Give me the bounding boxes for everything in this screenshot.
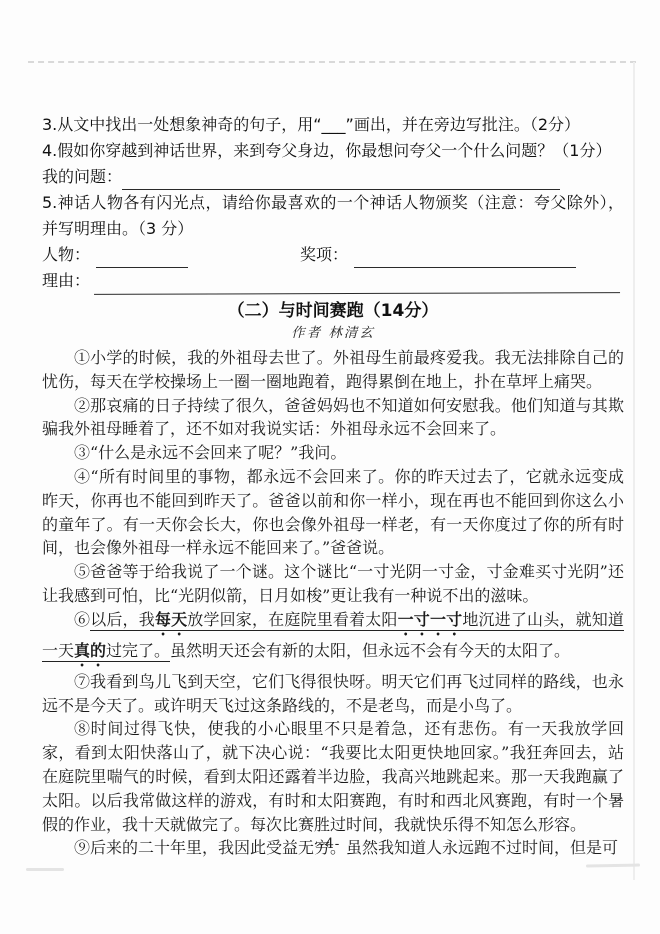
question-3: 3.从文中找出一处想象神奇的句子，用“___”画出，并在旁边写批注。（2分） [42,112,624,138]
paragraph-6: ⑥以后，我每天放学回家，在庭院里看着太阳一寸一寸地沉进了山头，就知道一天真的过完… [42,608,624,670]
question-5: 5.神话人物各有闪光点，请给你最喜欢的一个神话人物颁奖（注意：夸父除外），并写明… [42,190,624,242]
underlined-text: 放学回家，在庭院里看着太阳 [187,610,397,631]
question-5-reason-row: 理由： [42,268,624,294]
paragraph-2: ②那哀痛的日子持续了很久，爸爸妈妈也不知道如何安慰我。他们知道与其欺骗我外祖母睡… [42,394,624,442]
paragraph-6-marker: ⑥ [74,610,90,629]
scan-edge-line [633,62,635,880]
page-number: -4- [0,836,660,852]
answer-blank-line [122,169,560,190]
underlined-text: 以后，我 [90,610,155,631]
paragraph-3: ③“什么是永远不会回来了呢？”我问。 [42,441,624,465]
passage-author: 作者 林清玄 [42,324,624,343]
paragraph-1: ①小学的时候，我的外祖母去世了。外祖母生前最疼爱我。我无法排除自己的忧伤，每天在… [42,346,624,394]
paragraph-6-rest: 虽然明天还会有新的太阳，但永远不会有今天的太阳了。 [170,641,570,660]
paragraph-4: ④“所有时间里的事物，都永远不会回来了。你的昨天过去了，它就永远变成昨天，你再也… [42,465,624,560]
reason-label: 理由： [42,268,90,294]
passage-title: （二）与时间赛跑（14分） [42,299,624,323]
scan-smudge [26,868,64,871]
reason-blank-line [94,272,620,295]
emphasized-text: 每天 [155,610,187,631]
paragraph-5: ⑤爸爸等于给我说了一个谜。这个谜比“一寸光阴一寸金，寸金难买寸光阴”还让我感到可… [42,560,624,608]
answer-label: 我的问题： [42,164,122,190]
emphasized-text: 真的 [74,641,106,662]
question-4: 4.假如你穿越到神话世界，来到夸父身边，你最想问夸父一个什么问题？（1分） [42,138,624,164]
question-5-fields-row: 人物： 奖项： [42,242,624,268]
person-blank-line [96,247,188,268]
person-label: 人物： [42,242,90,268]
paragraph-7: ⑦我看到鸟儿飞到天空，它们飞得很快呀。明天它们再飞过同样的路线，也永远不是今天了… [42,670,624,718]
scan-smudge [586,864,640,868]
underlined-text: 过完了。 [106,641,170,662]
question-4-answer-row: 我的问题： [42,164,624,190]
page-content: 3.从文中找出一处想象神奇的句子，用“___”画出，并在旁边写批注。（2分） 4… [42,112,624,860]
scanned-test-page: 3.从文中找出一处想象神奇的句子，用“___”画出，并在旁边写批注。（2分） 4… [0,0,660,934]
award-blank-line [354,247,576,268]
scan-fold-line [28,61,636,63]
award-label: 奖项： [300,242,348,268]
paragraph-8: ⑧时间过得飞快，使我的小心眼里不只是着急，还有悲伤。有一天我放学回家，看到太阳快… [42,717,624,836]
emphasized-text: 一寸一寸 [398,610,463,631]
